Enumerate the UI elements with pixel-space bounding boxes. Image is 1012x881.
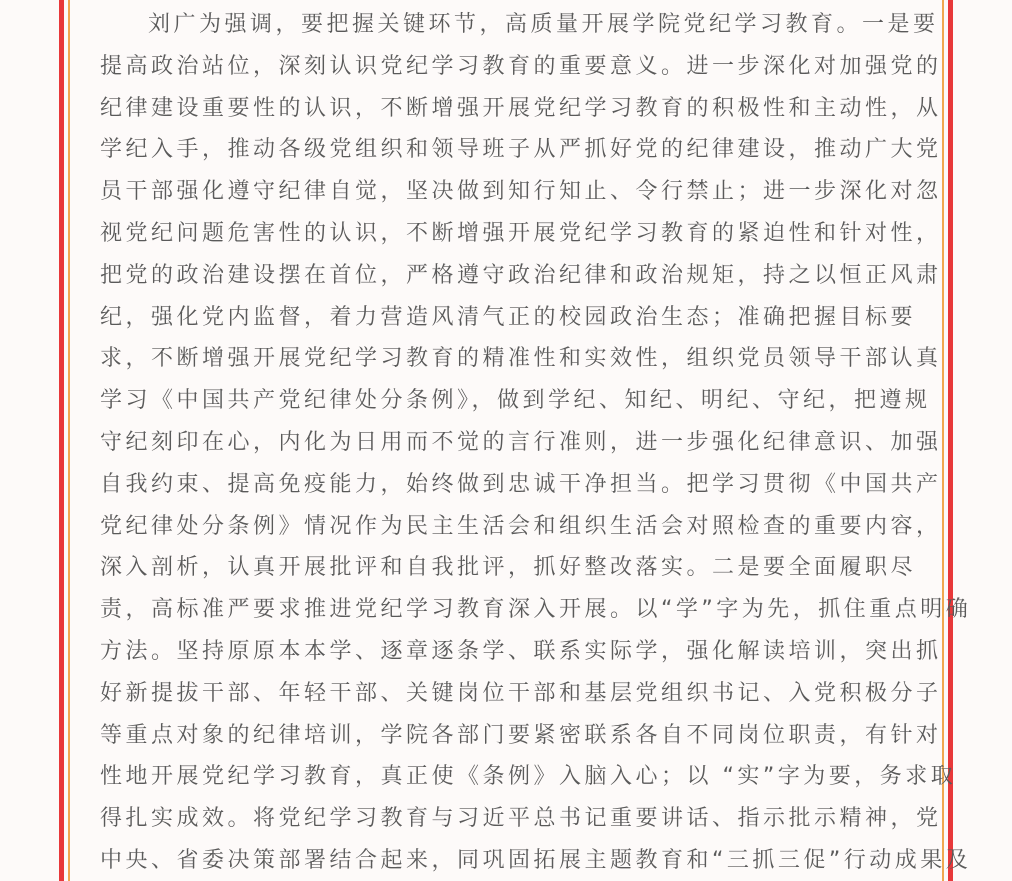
left-orange-border	[68, 0, 70, 881]
paragraph-line: 学习《中国共产党纪律处分条例》，做到学纪、知纪、明纪、守纪，把遵规	[100, 380, 912, 422]
paragraph-line: 中央、省委决策部署结合起来，同巩固拓展主题教育和“三抓三促”行动成果及	[100, 840, 912, 881]
paragraph-line: 性地开展党纪学习教育，真正使《条例》入脑入心；以 “实”字为要，务求取	[100, 756, 912, 798]
article-page: 刘广为强调，要把握关键环节，高质量开展学院党纪学习教育。一是要 提高政治站位，深…	[0, 0, 1012, 881]
right-red-border	[948, 0, 953, 881]
paragraph-line: 把党的政治建设摆在首位，严格遵守政治纪律和政治规矩，持之以恒正风肃	[100, 255, 912, 297]
paragraph-line: 党纪律处分条例》情况作为民主生活会和组织生活会对照检查的重要内容，	[100, 506, 912, 548]
article-body: 刘广为强调，要把握关键环节，高质量开展学院党纪学习教育。一是要 提高政治站位，深…	[100, 4, 912, 881]
paragraph-line: 自我约束、提高免疫能力，始终做到忠诚干净担当。把学习贯彻《中国共产	[100, 464, 912, 506]
paragraph-line: 纪，强化党内监督，着力营造风清气正的校园政治生态；准确把握目标要	[100, 297, 912, 339]
paragraph-line: 员干部强化遵守纪律自觉，坚决做到知行知止、令行禁止；进一步深化对忽	[100, 171, 912, 213]
paragraph-line: 提高政治站位，深刻认识党纪学习教育的重要意义。进一步深化对加强党的	[100, 46, 912, 88]
paragraph-line: 纪律建设重要性的认识，不断增强开展党纪学习教育的积极性和主动性，从	[100, 88, 912, 130]
paragraph-line: 得扎实成效。将党纪学习教育与习近平总书记重要讲话、指示批示精神，党	[100, 798, 912, 840]
paragraph-line: 学纪入手，推动各级党组织和领导班子从严抓好党的纪律建设，推动广大党	[100, 129, 912, 171]
paragraph-line: 等重点对象的纪律培训，学院各部门要紧密联系各自不同岗位职责，有针对	[100, 715, 912, 757]
paragraph-line: 守纪刻印在心，内化为日用而不觉的言行准则，进一步强化纪律意识、加强	[100, 422, 912, 464]
article-paragraph: 刘广为强调，要把握关键环节，高质量开展学院党纪学习教育。一是要 提高政治站位，深…	[100, 4, 912, 881]
right-orange-border	[942, 0, 944, 881]
paragraph-line: 方法。坚持原原本本学、逐章逐条学、联系实际学，强化解读培训，突出抓	[100, 631, 912, 673]
left-red-border	[59, 0, 64, 881]
paragraph-line: 好新提拔干部、年轻干部、关键岗位干部和基层党组织书记、入党积极分子	[100, 673, 912, 715]
paragraph-line: 视党纪问题危害性的认识，不断增强开展党纪学习教育的紧迫性和针对性，	[100, 213, 912, 255]
paragraph-line: 刘广为强调，要把握关键环节，高质量开展学院党纪学习教育。一是要	[100, 4, 912, 46]
paragraph-line: 求，不断增强开展党纪学习教育的精准性和实效性，组织党员领导干部认真	[100, 338, 912, 380]
paragraph-line: 责，高标准严要求推进党纪学习教育深入开展。以“学”字为先，抓住重点明确	[100, 589, 912, 631]
paragraph-line: 深入剖析，认真开展批评和自我批评，抓好整改落实。二是要全面履职尽	[100, 547, 912, 589]
